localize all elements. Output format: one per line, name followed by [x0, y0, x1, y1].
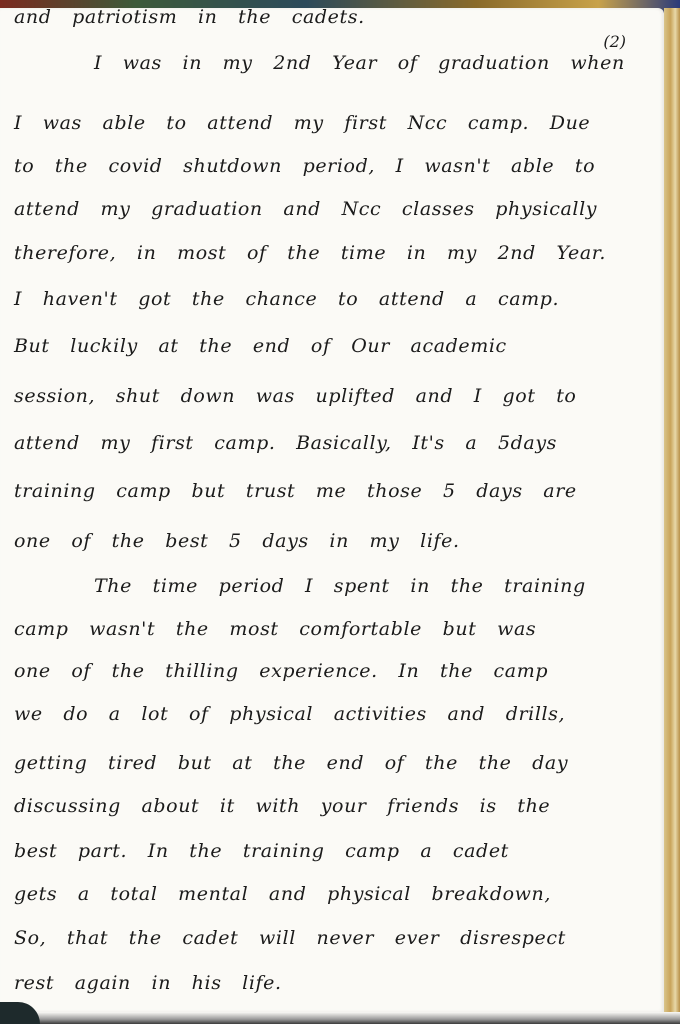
- page-stack-edge: [664, 8, 680, 1024]
- text-line-22: rest again in his life.: [14, 972, 650, 994]
- page-bottom-shadow: [0, 1012, 680, 1024]
- text-line-10: attend my first camp. Basically, It's a …: [14, 432, 650, 454]
- text-line-4: to the covid shutdown period, I wasn't a…: [14, 155, 650, 177]
- text-line-1: and patriotism in the cadets.: [14, 6, 650, 28]
- text-line-11: training camp but trust me those 5 days …: [14, 480, 650, 502]
- text-line-18: discussing about it with your friends is…: [14, 795, 650, 817]
- text-line-2: I was in my 2nd Year of graduation when: [14, 52, 650, 74]
- text-line-16: we do a lot of physical activities and d…: [14, 703, 650, 725]
- text-line-15: one of the thilling experience. In the c…: [14, 660, 650, 682]
- text-line-21: So, that the cadet will never ever disre…: [14, 927, 650, 949]
- page-number: (2): [603, 32, 626, 51]
- text-line-17: getting tired but at the end of the the …: [14, 752, 650, 774]
- text-line-20: gets a total mental and physical breakdo…: [14, 883, 650, 905]
- text-line-13: The time period I spent in the training: [14, 575, 650, 597]
- text-line-9: session, shut down was uplifted and I go…: [14, 385, 650, 407]
- text-line-6: therefore, in most of the time in my 2nd…: [14, 242, 650, 264]
- text-line-7: I haven't got the chance to attend a cam…: [14, 288, 650, 310]
- text-line-3: I was able to attend my first Ncc camp. …: [14, 112, 650, 134]
- text-line-5: attend my graduation and Ncc classes phy…: [14, 198, 650, 220]
- text-line-12: one of the best 5 days in my life.: [14, 530, 650, 552]
- text-line-19: best part. In the training camp a cadet: [14, 840, 650, 862]
- text-line-8: But luckily at the end of Our academic: [14, 335, 650, 357]
- text-line-14: camp wasn't the most comfortable but was: [14, 618, 650, 640]
